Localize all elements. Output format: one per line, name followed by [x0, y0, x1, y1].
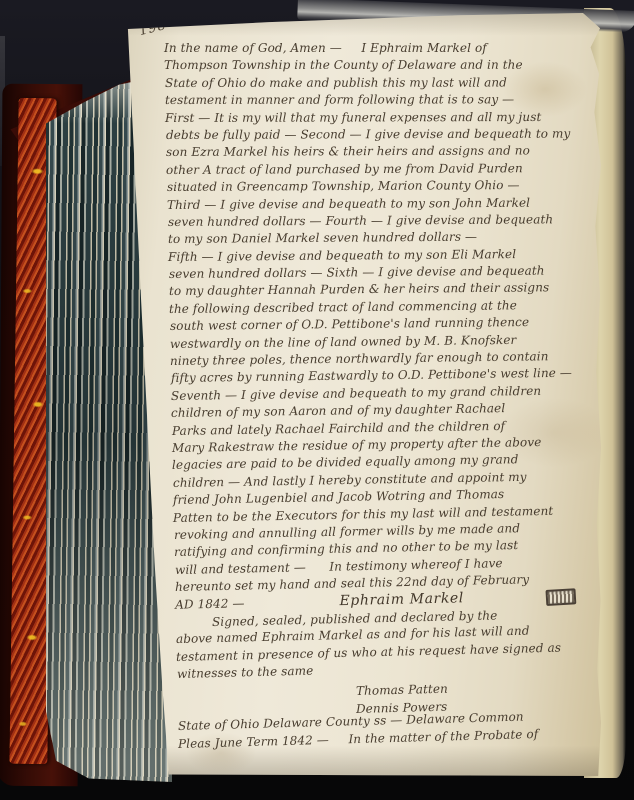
date-label: AD 1842 —	[175, 595, 245, 614]
manuscript-line: Thompson Township in the County of Delaw…	[164, 57, 572, 75]
manuscript-line: State of Ohio do make and publish this m…	[165, 74, 572, 92]
manuscript-line: First — It is my will that my funeral ex…	[165, 108, 572, 127]
seal-stamp-icon	[545, 587, 576, 605]
manuscript-page: 198 In the name of God, Amen — I Ephraim…	[126, 13, 602, 776]
photo-of-open-record-book: 198 In the name of God, Amen — I Ephraim…	[0, 0, 634, 800]
manuscript-line: testament in manner and form following t…	[165, 91, 572, 109]
manuscript-line: situated in Greencamp Township, Marion C…	[167, 177, 572, 197]
manuscript-line: son Ezra Markel his heirs & their heirs …	[166, 143, 572, 162]
manuscript-lines: In the name of God, Amen — I Ephraim Mar…	[126, 13, 602, 776]
testator-signature: Ephraim Markel	[339, 590, 464, 610]
manuscript-line: debts be fully paid — Second — I give de…	[166, 126, 572, 145]
manuscript-line: In the name of God, Amen — I Ephraim Mar…	[164, 40, 572, 57]
